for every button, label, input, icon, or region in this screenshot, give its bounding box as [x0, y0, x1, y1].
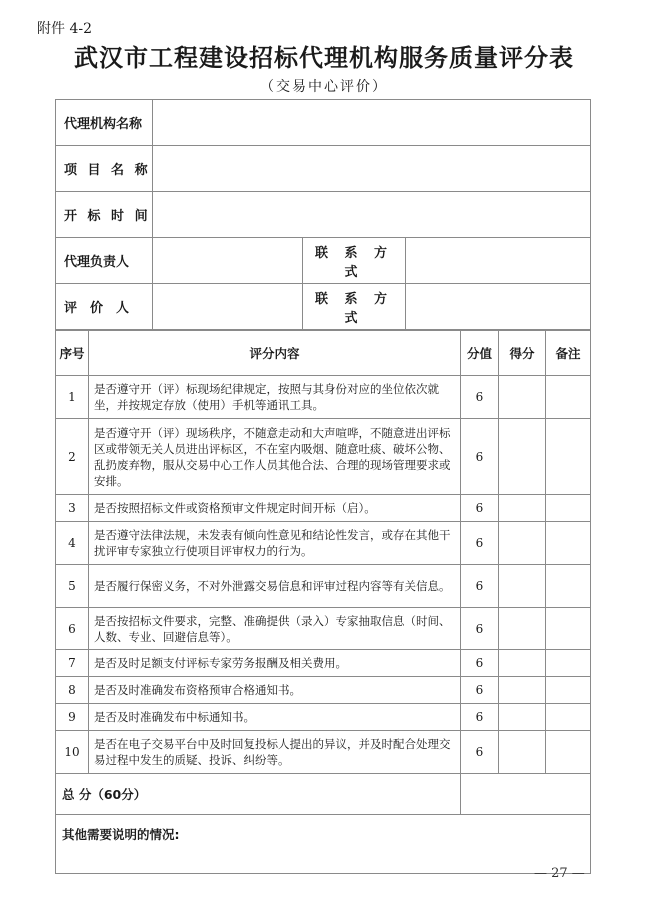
table-row: 8 是否及时准确发布资格预审合格通知书。 6 [56, 677, 591, 704]
row-value: 6 [461, 565, 499, 608]
row-value: 6 [461, 608, 499, 650]
table-row: 4 是否遵守法律法规，未发表有倾向性意见和结论性发言，或存在其他干扰评审专家独立… [56, 522, 591, 565]
bid-open-time-field[interactable] [153, 192, 591, 238]
agency-name-row: 代理机构名称 [56, 100, 591, 146]
row-no: 7 [56, 650, 89, 677]
project-name-field[interactable] [153, 146, 591, 192]
agency-name-label: 代理机构名称 [56, 100, 153, 146]
page-title: 武汉市工程建设招标代理机构服务质量评分表 [0, 38, 648, 73]
row-content: 是否按照招标文件或资格预审文件规定时间开标（启）。 [89, 495, 461, 522]
row-no: 8 [56, 677, 89, 704]
total-label: 总 分（60分） [56, 774, 461, 815]
row-score-field[interactable] [499, 650, 546, 677]
row-content: 是否及时足额支付评标专家劳务报酬及相关费用。 [89, 650, 461, 677]
table-row: 10 是否在电子交易平台中及时回复投标人提出的异议，并及时配合处理交易过程中发生… [56, 731, 591, 774]
row-no: 1 [56, 376, 89, 419]
row-content: 是否遵守开（评）现场秩序，不随意走动和大声喧哗，不随意进出评标区或带领无关人员进… [89, 419, 461, 495]
contact-field-1[interactable] [406, 238, 591, 284]
project-name-label: 项 目 名 称 [56, 146, 153, 192]
row-no: 5 [56, 565, 89, 608]
agent-manager-label: 代理负责人 [56, 238, 153, 284]
row-value: 6 [461, 731, 499, 774]
table-row: 6 是否按招标文件要求，完整、准确提供（录入）专家抽取信息（时间、人数、专业、回… [56, 608, 591, 650]
row-no: 9 [56, 704, 89, 731]
row-note-field[interactable] [546, 522, 591, 565]
page-number: — 27 — [534, 866, 585, 881]
row-value: 6 [461, 522, 499, 565]
row-note-field[interactable] [546, 704, 591, 731]
contact-field-2[interactable] [406, 284, 591, 330]
total-row: 总 分（60分） [56, 774, 591, 815]
row-content: 是否遵守开（评）标现场纪律规定，按照与其身份对应的坐位依次就坐，并按规定存放（使… [89, 376, 461, 419]
page-subtitle: （交易中心评价） [0, 76, 648, 96]
evaluator-row: 评 价 人 联 系 方 式 [56, 284, 591, 330]
row-no: 2 [56, 419, 89, 495]
row-value: 6 [461, 677, 499, 704]
row-score-field[interactable] [499, 522, 546, 565]
row-value: 6 [461, 704, 499, 731]
project-name-row: 项 目 名 称 [56, 146, 591, 192]
row-score-field[interactable] [499, 565, 546, 608]
bid-open-time-label: 开 标 时 间 [56, 192, 153, 238]
row-note-field[interactable] [546, 608, 591, 650]
row-content: 是否及时准确发布资格预审合格通知书。 [89, 677, 461, 704]
evaluator-field[interactable] [153, 284, 303, 330]
evaluator-label: 评 价 人 [56, 284, 153, 330]
other-notes-row: 其他需要说明的情况: [56, 815, 591, 874]
score-table-header: 序号 评分内容 分值 得分 备注 [56, 331, 591, 376]
row-content: 是否在电子交易平台中及时回复投标人提出的异议，并及时配合处理交易过程中发生的质疑… [89, 731, 461, 774]
header-note: 备注 [546, 331, 591, 376]
agent-manager-field[interactable] [153, 238, 303, 284]
agency-name-field[interactable] [153, 100, 591, 146]
header-value: 分值 [461, 331, 499, 376]
row-score-field[interactable] [499, 495, 546, 522]
row-note-field[interactable] [546, 731, 591, 774]
contact-label-1: 联 系 方 式 [303, 238, 406, 284]
row-value: 6 [461, 650, 499, 677]
contact-label-2: 联 系 方 式 [303, 284, 406, 330]
info-table: 代理机构名称 项 目 名 称 开 标 时 间 代理负责人 联 系 方 式 评 价… [55, 99, 591, 330]
table-row: 2 是否遵守开（评）现场秩序，不随意走动和大声喧哗，不随意进出评标区或带领无关人… [56, 419, 591, 495]
row-score-field[interactable] [499, 376, 546, 419]
row-note-field[interactable] [546, 376, 591, 419]
table-row: 9 是否及时准确发布中标通知书。 6 [56, 704, 591, 731]
row-score-field[interactable] [499, 677, 546, 704]
row-note-field[interactable] [546, 565, 591, 608]
attachment-label: 附件 4-2 [37, 18, 92, 38]
bid-open-time-row: 开 标 时 间 [56, 192, 591, 238]
row-score-field[interactable] [499, 704, 546, 731]
row-content: 是否遵守法律法规，未发表有倾向性意见和结论性发言，或存在其他干扰评审专家独立行使… [89, 522, 461, 565]
row-no: 4 [56, 522, 89, 565]
row-value: 6 [461, 376, 499, 419]
row-no: 10 [56, 731, 89, 774]
row-no: 3 [56, 495, 89, 522]
table-row: 5 是否履行保密义务，不对外泄露交易信息和评审过程内容等有关信息。 6 [56, 565, 591, 608]
row-no: 6 [56, 608, 89, 650]
other-notes-field[interactable]: 其他需要说明的情况: [56, 815, 591, 874]
row-content: 是否履行保密义务，不对外泄露交易信息和评审过程内容等有关信息。 [89, 565, 461, 608]
agent-manager-row: 代理负责人 联 系 方 式 [56, 238, 591, 284]
row-value: 6 [461, 495, 499, 522]
score-table: 序号 评分内容 分值 得分 备注 1 是否遵守开（评）标现场纪律规定，按照与其身… [55, 330, 591, 874]
table-row: 7 是否及时足额支付评标专家劳务报酬及相关费用。 6 [56, 650, 591, 677]
row-note-field[interactable] [546, 495, 591, 522]
row-note-field[interactable] [546, 419, 591, 495]
row-score-field[interactable] [499, 731, 546, 774]
row-content: 是否按招标文件要求，完整、准确提供（录入）专家抽取信息（时间、人数、专业、回避信… [89, 608, 461, 650]
row-score-field[interactable] [499, 419, 546, 495]
header-content: 评分内容 [89, 331, 461, 376]
row-value: 6 [461, 419, 499, 495]
row-score-field[interactable] [499, 608, 546, 650]
header-no: 序号 [56, 331, 89, 376]
row-content: 是否及时准确发布中标通知书。 [89, 704, 461, 731]
row-note-field[interactable] [546, 650, 591, 677]
table-row: 1 是否遵守开（评）标现场纪律规定，按照与其身份对应的坐位依次就坐，并按规定存放… [56, 376, 591, 419]
header-score: 得分 [499, 331, 546, 376]
row-note-field[interactable] [546, 677, 591, 704]
total-field[interactable] [461, 774, 591, 815]
table-row: 3 是否按照招标文件或资格预审文件规定时间开标（启）。 6 [56, 495, 591, 522]
